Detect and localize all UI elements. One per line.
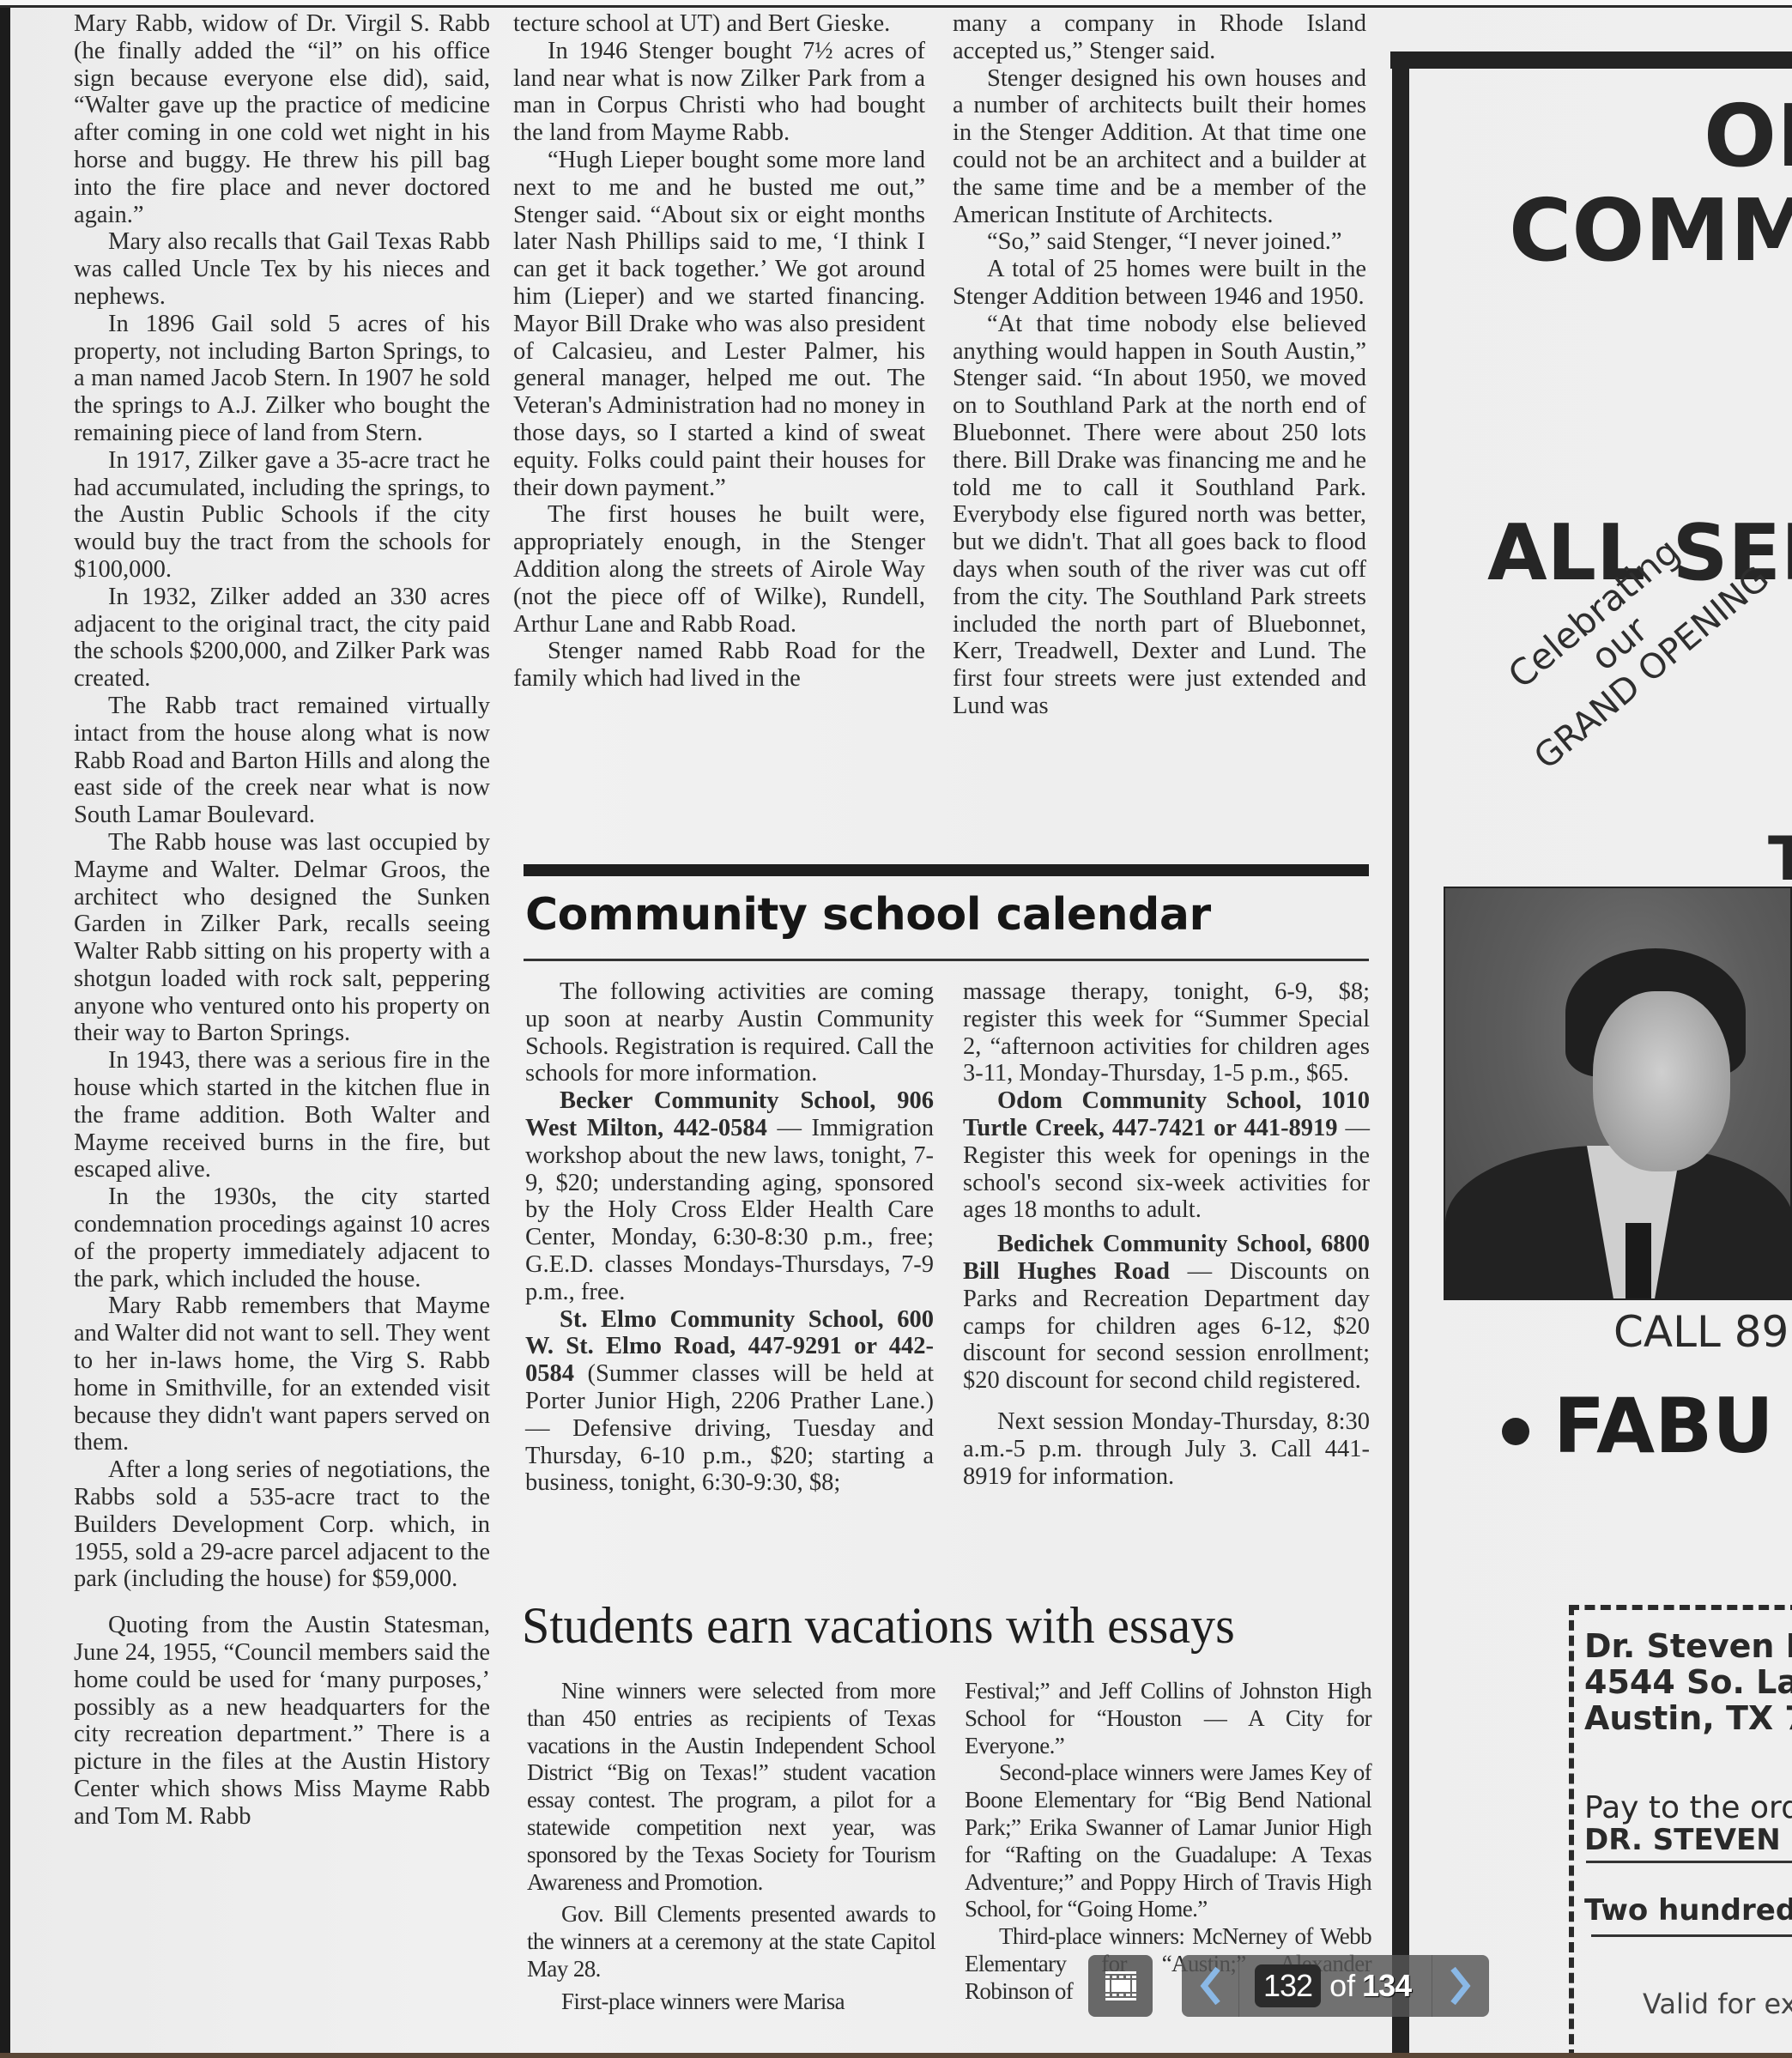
- calendar-closing: Next session Monday-Thursday, 8:30 a.m.-…: [963, 1408, 1370, 1490]
- paragraph: Stenger designed his own houses and a nu…: [953, 65, 1366, 229]
- chevron-right-icon: [1450, 1967, 1472, 2005]
- coupon-payee: DR. STEVEN B: [1584, 1823, 1792, 1857]
- viewer-bottom-border: [0, 2053, 1792, 2058]
- coupon-pay-to: Pay to the ord: [1584, 1790, 1792, 1825]
- current-page-input[interactable]: 132: [1255, 1964, 1321, 2007]
- paragraph: Mary also recalls that Gail Texas Rabb w…: [74, 228, 490, 310]
- page-left-edge: [0, 8, 10, 2054]
- calendar-headline: Community school calendar: [525, 889, 1211, 941]
- next-page-button[interactable]: [1432, 1955, 1489, 2017]
- paragraph: The first houses he built were, appropri…: [513, 501, 925, 638]
- bullet-icon: [1502, 1418, 1529, 1445]
- filmstrip-button[interactable]: [1088, 1955, 1153, 2017]
- ad-fabulous: FABU: [1502, 1382, 1774, 1470]
- chevron-left-icon: [1199, 1967, 1221, 2005]
- paragraph: A total of 25 homes were built in the St…: [953, 256, 1366, 311]
- students-column-1: Nine winners were selected from more tha…: [527, 1678, 935, 2016]
- students-headline: Students earn vacations with essays: [522, 1596, 1235, 1655]
- calendar-entry: Bedichek Community School, 6800 Bill Hug…: [963, 1231, 1370, 1395]
- ad-coupon: Dr. Steven B. 4544 So. Lar Austin, TX 7 …: [1569, 1605, 1792, 2058]
- calendar-entry: St. Elmo Community School, 600 W. St. El…: [525, 1306, 934, 1498]
- ad-border-top: [1390, 51, 1792, 69]
- of-label: of: [1329, 1968, 1355, 2004]
- coupon-valid: Valid for ex: [1643, 1988, 1792, 2020]
- paragraph: First-place winners were Marisa: [527, 1988, 935, 2016]
- paragraph: Nine winners were selected from more tha…: [527, 1678, 935, 1896]
- paragraph: many a company in Rhode Island accepted …: [953, 10, 1366, 65]
- article-rabb-column-2: tecture school at UT) and Bert Gieske. I…: [513, 10, 925, 693]
- coupon-amount: Two hundred: [1584, 1893, 1792, 1928]
- coupon-rule: [1591, 1934, 1792, 1937]
- paragraph: Gov. Bill Clements presented awards to t…: [527, 1901, 935, 1982]
- total-pages: 134: [1362, 1968, 1411, 2004]
- paragraph: “So,” said Stenger, “I never joined.”: [953, 228, 1366, 256]
- ad-headline-commu: COMMU: [1509, 180, 1792, 281]
- paragraph: Festival;” and Jeff Collins of Johnston …: [965, 1678, 1371, 1759]
- paragraph: After a long series of negotiations, the…: [74, 1456, 490, 1593]
- ad-portrait-photo: [1444, 887, 1792, 1300]
- calendar-column-2: massage therapy, tonight, 6-9, $8; regis…: [963, 978, 1370, 1490]
- page-counter: 132 of 134: [1255, 1955, 1411, 2017]
- paragraph: In 1896 Gail sold 5 acres of his propert…: [74, 311, 490, 447]
- coupon-rule: [1586, 1861, 1792, 1863]
- school-name: Odom Community School, 1010 Turtle Creek…: [963, 1087, 1370, 1141]
- section-rule-thin: [524, 959, 1369, 961]
- paragraph: “At that time nobody else believed anyth…: [953, 311, 1366, 720]
- paragraph: The Rabb tract remained virtually intact…: [74, 693, 490, 829]
- paragraph: The Rabb house was last occupied by Maym…: [74, 829, 490, 1047]
- paragraph: massage therapy, tonight, 6-9, $8; regis…: [963, 978, 1370, 1087]
- page-navigator: 132 of 134: [1182, 1955, 1489, 2017]
- calendar-entry: Becker Community School, 906 West Milton…: [525, 1087, 934, 1305]
- paragraph: Mary Rabb, widow of Dr. Virgil S. Rabb (…: [74, 10, 490, 228]
- entry-text: — Immigration workshop about the new law…: [525, 1115, 934, 1305]
- ad-letter-t: T: [1768, 824, 1792, 894]
- paragraph: Mary Rabb remembers that Mayme and Walte…: [74, 1292, 490, 1456]
- ad-headline-on: ON: [1704, 86, 1792, 186]
- calendar-column-1: The following activities are coming up s…: [525, 978, 934, 1497]
- paragraph: Stenger named Rabb Road for the family w…: [513, 638, 925, 693]
- section-rule-thick: [524, 864, 1369, 876]
- ad-border-left: [1392, 51, 1409, 2054]
- article-rabb-column-1: Mary Rabb, widow of Dr. Virgil S. Rabb (…: [74, 10, 490, 1831]
- paragraph: “Hugh Lieper bought some more land next …: [513, 147, 925, 501]
- paragraph: tecture school at UT) and Bert Gieske.: [513, 10, 925, 38]
- ad-call-number: CALL 89: [1613, 1307, 1789, 1357]
- paragraph: In 1932, Zilker added an 330 acres adjac…: [74, 584, 490, 693]
- coupon-address: 4544 So. Lar: [1584, 1663, 1792, 1701]
- coupon-name: Dr. Steven B.: [1584, 1627, 1792, 1665]
- paragraph: In 1917, Zilker gave a 35-acre tract he …: [74, 447, 490, 584]
- coupon-city: Austin, TX 7: [1584, 1699, 1792, 1737]
- paragraph: In 1943, there was a serious fire in the…: [74, 1047, 490, 1183]
- article-rabb-column-3: many a company in Rhode Island accepted …: [953, 10, 1366, 720]
- previous-page-button[interactable]: [1182, 1955, 1239, 2017]
- filmstrip-icon: [1104, 1969, 1138, 2003]
- calendar-entry: Odom Community School, 1010 Turtle Creek…: [963, 1087, 1370, 1224]
- paragraph: In the 1930s, the city started condemnat…: [74, 1183, 490, 1292]
- calendar-intro: The following activities are coming up s…: [525, 978, 934, 1087]
- paragraph: In 1946 Stenger bought 7½ acres of land …: [513, 38, 925, 147]
- paragraph: Quoting from the Austin Statesman, June …: [74, 1612, 490, 1830]
- ad-fabulous-text: FABU: [1553, 1382, 1774, 1470]
- entry-text: (Summer classes will be held at Porter J…: [525, 1360, 934, 1496]
- paragraph: Second-place winners were James Key of B…: [965, 1759, 1371, 1923]
